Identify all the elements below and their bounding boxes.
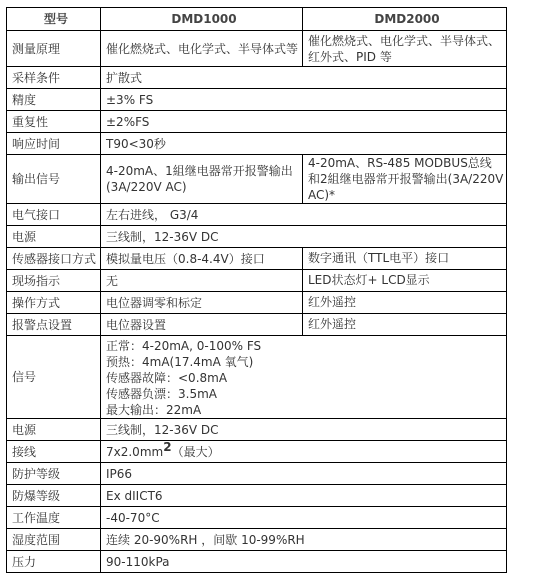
table-row: 重复性 ±2%FS (7, 111, 507, 133)
table-row: 输出信号 4-20mA、1組继电器常开报警输出(3A/220V AC) 4-20… (7, 155, 507, 204)
cell-value: 左右进线， G3/4 (101, 204, 507, 226)
cell-value: -40-70°C (101, 507, 507, 529)
signal-line-max: 最大输出：22mA (106, 402, 506, 418)
table-row: 采样条件 扩散式 (7, 67, 507, 89)
table-row: 报警点设置 电位器设置 红外遥控 (7, 314, 507, 336)
signal-values: 正常：4-20mA, 0-100% FS 预热：4mA(17.4mA 氧气) 传… (101, 336, 507, 419)
cell-dmd1000: 电位器设置 (101, 314, 303, 336)
cell-value: 三线制，12-36V DC (101, 226, 507, 248)
cell-value: IP66 (101, 463, 507, 485)
row-label: 信号 (7, 336, 101, 419)
table-row: 测量原理 催化燃烧式、电化学式、半导体式等 催化燃烧式、电化学式、半导体式、红外… (7, 31, 507, 67)
cell-value: Ex dIICT6 (101, 485, 507, 507)
row-label: 输出信号 (7, 155, 101, 204)
cell-dmd1000: 无 (101, 270, 303, 292)
table-row: 电气接口 左右进线， G3/4 (7, 204, 507, 226)
header-model: 型号 (7, 8, 101, 31)
cell-dmd2000: LED状态灯+ LCD显示 (303, 270, 507, 292)
signal-line-normal: 正常：4-20mA, 0-100% FS (106, 338, 506, 354)
table-row: 湿度范围 连续 20-90%RH ，间歇 10-99%RH (7, 529, 507, 551)
row-label: 防护等级 (7, 463, 101, 485)
cell-value: 90-110kPa (101, 551, 507, 573)
row-label: 测量原理 (7, 31, 101, 67)
header-dmd1000: DMD1000 (101, 8, 303, 31)
cell-value: 7x2.0mm2（最大） (101, 441, 507, 463)
cell-value: 扩散式 (101, 67, 507, 89)
cell-value: T90<30秒 (101, 133, 507, 155)
table-row: 响应时间 T90<30秒 (7, 133, 507, 155)
row-label: 电源 (7, 419, 101, 441)
cell-value: 三线制，12-36V DC (101, 419, 507, 441)
table-row: 电源 三线制，12-36V DC (7, 419, 507, 441)
table-row: 传感器接口方式 模拟量电压（0.8-4.4V）接口 数字通讯（TTL电平）接口 (7, 248, 507, 270)
row-label: 电气接口 (7, 204, 101, 226)
table-row: 工作温度 -40-70°C (7, 507, 507, 529)
wiring-superscript: 2 (163, 441, 171, 454)
row-label: 电源 (7, 226, 101, 248)
cell-dmd2000: 红外遥控 (303, 292, 507, 314)
cell-dmd1000: 电位器调零和标定 (101, 292, 303, 314)
signal-line-warmup: 预热：4mA(17.4mA 氧气) (106, 354, 506, 370)
cell-dmd2000: 红外遥控 (303, 314, 507, 336)
table-row: 防护等级 IP66 (7, 463, 507, 485)
cell-dmd1000: 模拟量电压（0.8-4.4V）接口 (101, 248, 303, 270)
cell-dmd2000: 数字通讯（TTL电平）接口 (303, 248, 507, 270)
table-row: 防爆等级 Ex dIICT6 (7, 485, 507, 507)
table-row: 精度 ±3% FS (7, 89, 507, 111)
row-label: 采样条件 (7, 67, 101, 89)
row-label: 响应时间 (7, 133, 101, 155)
row-label: 接线 (7, 441, 101, 463)
table-row: 电源 三线制，12-36V DC (7, 226, 507, 248)
table-row: 压力 90-110kPa (7, 551, 507, 573)
row-label: 工作温度 (7, 507, 101, 529)
cell-value: 连续 20-90%RH ，间歇 10-99%RH (101, 529, 507, 551)
row-label: 现场指示 (7, 270, 101, 292)
row-label: 重复性 (7, 111, 101, 133)
row-label: 压力 (7, 551, 101, 573)
row-label: 精度 (7, 89, 101, 111)
row-label: 防爆等级 (7, 485, 101, 507)
table-row: 操作方式 电位器调零和标定 红外遥控 (7, 292, 507, 314)
cell-dmd1000: 4-20mA、1組继电器常开报警输出(3A/220V AC) (101, 155, 303, 204)
signal-line-fault: 传感器故障：<0.8mA (106, 370, 506, 386)
header-row: 型号 DMD1000 DMD2000 (7, 8, 507, 31)
cell-dmd1000: 催化燃烧式、电化学式、半导体式等 (101, 31, 303, 67)
table-row: 现场指示 无 LED状态灯+ LCD显示 (7, 270, 507, 292)
spec-table: 型号 DMD1000 DMD2000 测量原理 催化燃烧式、电化学式、半导体式等… (6, 7, 507, 573)
cell-dmd2000: 催化燃烧式、电化学式、半导体式、红外式、PID 等 (303, 31, 507, 67)
row-label: 传感器接口方式 (7, 248, 101, 270)
table-row-signal: 信号 正常：4-20mA, 0-100% FS 预热：4mA(17.4mA 氧气… (7, 336, 507, 419)
wiring-value: 7x2.0mm (106, 445, 163, 459)
header-dmd2000: DMD2000 (303, 8, 507, 31)
wiring-note: （最大） (172, 445, 220, 459)
signal-line-drift: 传感器负漂：3.5mA (106, 386, 506, 402)
row-label: 报警点设置 (7, 314, 101, 336)
row-label: 操作方式 (7, 292, 101, 314)
cell-value: ±2%FS (101, 111, 507, 133)
cell-dmd2000: 4-20mA、RS-485 MODBUS总线 和2組继电器常开报警输出(3A/2… (303, 155, 507, 204)
row-label: 湿度范围 (7, 529, 101, 551)
table-row: 接线 7x2.0mm2（最大） (7, 441, 507, 463)
cell-value: ±3% FS (101, 89, 507, 111)
